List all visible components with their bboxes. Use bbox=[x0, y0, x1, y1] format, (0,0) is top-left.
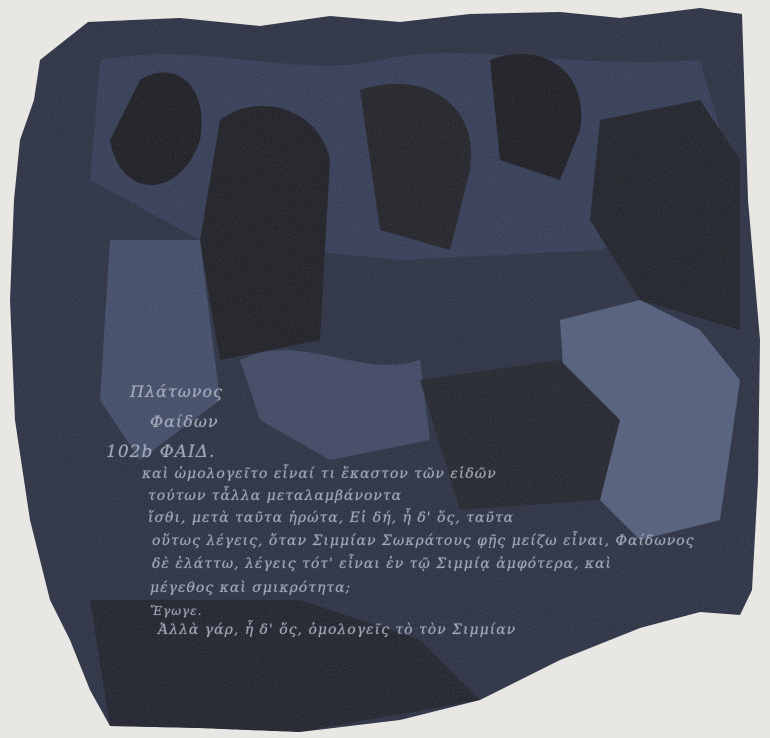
text-line: ἴσθι, μετὰ ταῦτα ἠρώτα, Εἰ δή, ἦ δ' ὅς, … bbox=[148, 510, 514, 526]
text-line: Φαίδων bbox=[150, 412, 219, 431]
text-line: δὲ ἐλάττω, λέγεις τότ' εἶναι ἐν τῷ Σιμμί… bbox=[152, 556, 612, 572]
text-line: Πλάτωνος bbox=[130, 382, 223, 401]
text-line: οὕτως λέγεις, ὅταν Σιμμίαν Σωκράτους φῇς… bbox=[152, 533, 695, 549]
text-line: Ἔγωγε. bbox=[150, 604, 202, 618]
text-line: 102b ΦΑΙΔ. bbox=[106, 442, 215, 462]
text-line: καὶ ὡμολογεῖτο εἶναί τι ἕκαστον τῶν εἰδῶ… bbox=[142, 466, 497, 482]
text-line: Ἀλλὰ γάρ, ἦ δ' ὅς, ὁμολογεῖς τὸ τὸν Σιμμ… bbox=[158, 622, 516, 638]
text-line: μέγεθος καὶ σμικρότητα; bbox=[150, 580, 351, 596]
text-line: τούτων τἆλλα μεταλαμβάνοντα bbox=[148, 488, 402, 504]
